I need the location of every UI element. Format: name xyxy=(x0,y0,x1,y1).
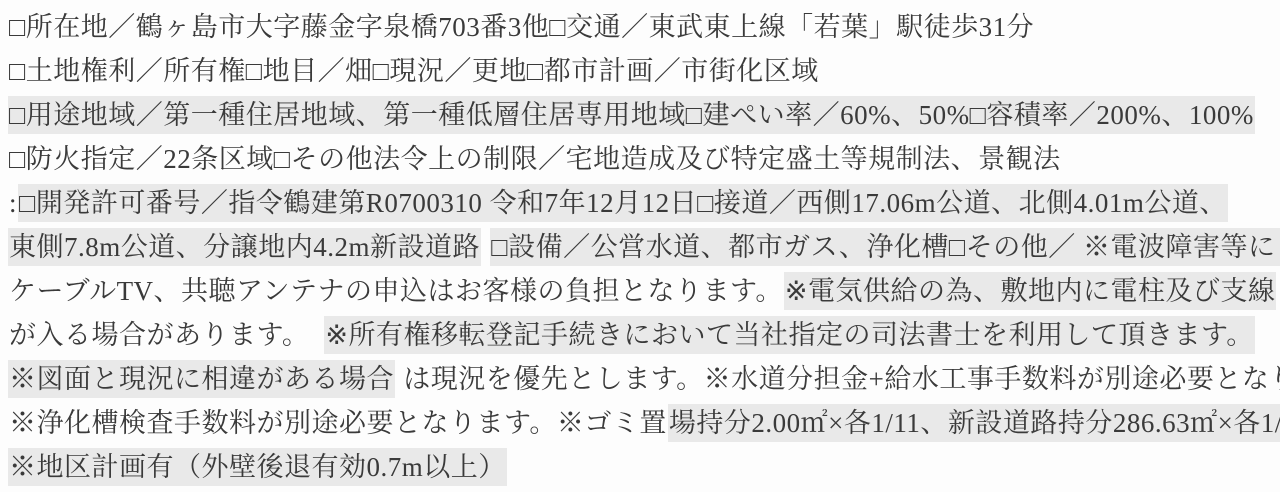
text-line: □用途地域／第一種住居地域、第一種低層住居専用地域□建ぺい率／60%、50%□容… xyxy=(8,93,1280,137)
text-line: ※浄化槽検査手数料が別途必要となります。※ゴミ置場持分2.00㎡×各1/11、新… xyxy=(8,401,1280,445)
highlighted-text-segment: □設備／公営水道、都市ガス、浄化槽□その他／ ※電波障害等による xyxy=(490,228,1280,266)
highlighted-text-segment: □用途地域／第一種住居地域、第一種低層住居専用地域□建ぺい率／60%、50%□容… xyxy=(8,96,1255,134)
text-segment: ケーブルTV、共聴アンテナの申込はお客様の負担となります。 xyxy=(8,272,784,310)
text-line: ※地区計画有（外壁後退有効0.7m以上） xyxy=(8,445,1280,489)
highlighted-text-segment: ※電気供給の為、敷地内に電柱及び支線 xyxy=(784,272,1277,310)
text-segment: □所在地／鶴ヶ島市大字藤金字泉橋703番3他□交通／東武東上線「若葉」駅徒歩31… xyxy=(8,8,1035,46)
text-segment: は現況を優先とします。※水道分担金+給水工事手数料が別途必要となります。 xyxy=(395,360,1280,398)
text-segment: □防火指定／22条区域□その他法令上の制限／宅地造成及び特定盛土等規制法、景観法 xyxy=(8,140,1062,178)
text-line: :□開発許可番号／指令鶴建第R0700310 令和7年12月12日□接道／西側1… xyxy=(8,181,1280,225)
text-line: 東側7.8m公道、分譲地内4.2m新設道路 □設備／公営水道、都市ガス、浄化槽□… xyxy=(8,225,1280,269)
text-line: □防火指定／22条区域□その他法令上の制限／宅地造成及び特定盛土等規制法、景観法 xyxy=(8,137,1280,181)
highlighted-text-segment: □開発許可番号／指令鶴建第R0700310 令和7年12月12日□接道／西側17… xyxy=(18,184,1228,222)
highlighted-text-segment: ※図面と現況に相違がある場合 xyxy=(8,360,395,398)
highlighted-text-segment: 場持分2.00㎡×各1/11、新設道路持分286.63㎡×各1/11 xyxy=(668,404,1280,442)
text-segment: が入る場合があります。 xyxy=(8,316,324,354)
text-segment: □土地権利／所有権□地目／畑□現況／更地□都市計画／市街化区域 xyxy=(8,52,820,90)
text-segment: ※浄化槽検査手数料が別途必要となります。※ゴミ置 xyxy=(8,404,668,442)
text-line: □土地権利／所有権□地目／畑□現況／更地□都市計画／市街化区域 xyxy=(8,49,1280,93)
text-line: ※図面と現況に相違がある場合 は現況を優先とします。※水道分担金+給水工事手数料… xyxy=(8,357,1280,401)
highlighted-text-segment: 東側7.8m公道、分譲地内4.2m新設道路 xyxy=(8,228,481,266)
text-segment xyxy=(481,228,490,266)
property-notes-document: □所在地／鶴ヶ島市大字藤金字泉橋703番3他□交通／東武東上線「若葉」駅徒歩31… xyxy=(0,0,1280,492)
highlighted-text-segment: ※地区計画有（外壁後退有効0.7m以上） xyxy=(8,448,507,486)
text-line: □所在地／鶴ヶ島市大字藤金字泉橋703番3他□交通／東武東上線「若葉」駅徒歩31… xyxy=(8,5,1280,49)
text-line: ケーブルTV、共聴アンテナの申込はお客様の負担となります。※電気供給の為、敷地内… xyxy=(8,269,1280,313)
text-line: が入る場合があります。 ※所有権移転登記手続きにおいて当社指定の司法書士を利用し… xyxy=(8,313,1280,357)
text-segment: : xyxy=(8,184,18,222)
highlighted-text-segment: ※所有権移転登記手続きにおいて当社指定の司法書士を利用して頂きます。 xyxy=(324,316,1254,354)
